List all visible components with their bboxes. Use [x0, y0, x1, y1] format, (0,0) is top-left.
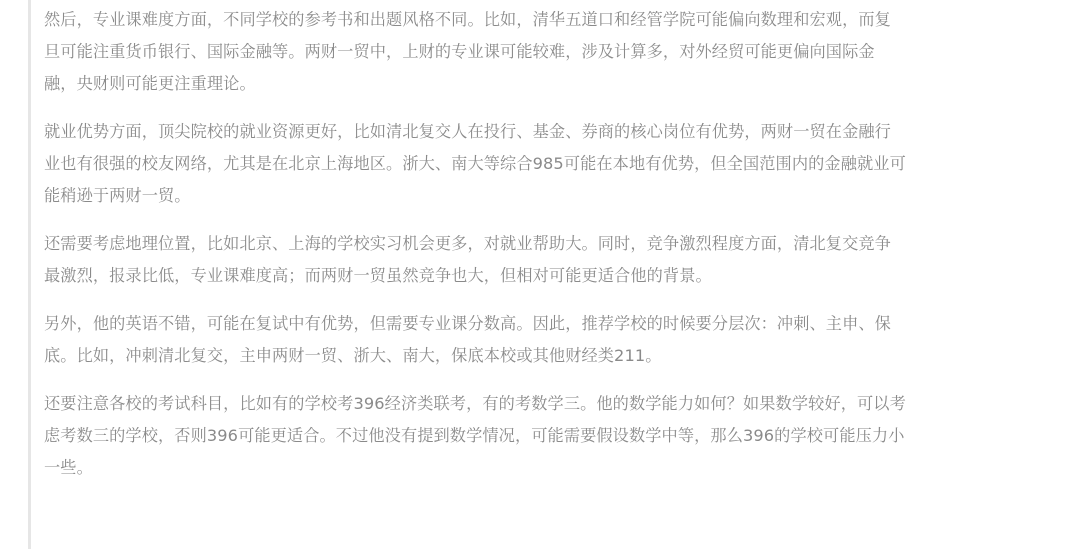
paragraph-tiers: 另外，他的英语不错，可能在复试中有优势，但需要专业课分数高。因此，推荐学校的时候…: [44, 308, 1044, 372]
text-line: 底。比如，冲刺清北复交，主申两财一贸、浙大、南大，保底本校或其他财经类211。: [44, 340, 1044, 372]
text-line: 旦可能注重货币银行、国际金融等。两财一贸中，上财的专业课可能较难，涉及计算多，对…: [44, 36, 1044, 68]
text-line: 融，央财则可能更注重理论。: [44, 68, 1044, 100]
text-line: 然后，专业课难度方面，不同学校的参考书和出题风格不同。比如，清华五道口和经管学院…: [44, 4, 1044, 36]
paragraph-location-competition: 还需要考虑地理位置，比如北京、上海的学校实习机会更多，对就业帮助大。同时，竞争激…: [44, 228, 1044, 292]
text-line: 虑考数三的学校，否则396可能更适合。不过他没有提到数学情况，可能需要假设数学中…: [44, 420, 1044, 452]
paragraph-exam-difficulty: 然后，专业课难度方面，不同学校的参考书和出题风格不同。比如，清华五道口和经管学院…: [44, 4, 1044, 100]
paragraph-exam-subjects: 还要注意各校的考试科目，比如有的学校考396经济类联考，有的考数学三。他的数学能…: [44, 388, 1044, 484]
text-line: 还要注意各校的考试科目，比如有的学校考396经济类联考，有的考数学三。他的数学能…: [44, 388, 1044, 420]
reasoning-quote-block: 然后，专业课难度方面，不同学校的参考书和出题风格不同。比如，清华五道口和经管学院…: [28, 0, 1080, 549]
paragraph-employment: 就业优势方面，顶尖院校的就业资源更好，比如清北复交人在投行、基金、券商的核心岗位…: [44, 116, 1044, 212]
text-line: 一些。: [44, 452, 1044, 484]
text-line: 另外，他的英语不错，可能在复试中有优势，但需要专业课分数高。因此，推荐学校的时候…: [44, 308, 1044, 340]
text-line: 就业优势方面，顶尖院校的就业资源更好，比如清北复交人在投行、基金、券商的核心岗位…: [44, 116, 1044, 148]
text-line: 最激烈，报录比低，专业课难度高；而两财一贸虽然竞争也大，但相对可能更适合他的背景…: [44, 260, 1044, 292]
text-line: 还需要考虑地理位置，比如北京、上海的学校实习机会更多，对就业帮助大。同时，竞争激…: [44, 228, 1044, 260]
text-line: 能稍逊于两财一贸。: [44, 180, 1044, 212]
text-line: 业也有很强的校友网络，尤其是在北京上海地区。浙大、南大等综合985可能在本地有优…: [44, 148, 1044, 180]
